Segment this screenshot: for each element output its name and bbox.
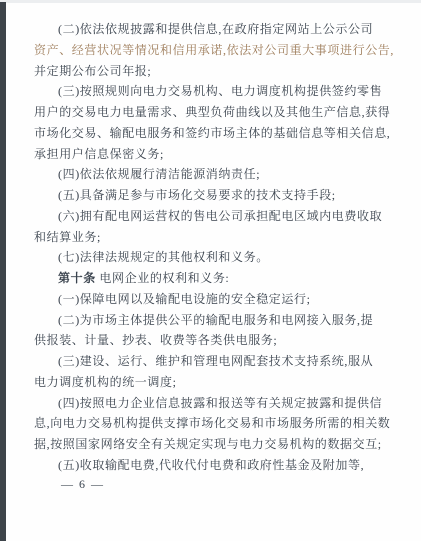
text-line: (七)法律法规规定的其他权利和义务。 (34, 247, 394, 268)
article-heading-line: 第十条 电网企业的权利和义务: (34, 268, 394, 289)
scan-top-strip (0, 0, 421, 3)
text-line: (四)依法依规履行清洁能源消纳责任; (34, 164, 394, 185)
text-line: 和结算业务; (34, 227, 394, 248)
scan-left-edge (0, 2, 6, 541)
text-line: 供报装、计量、抄表、收费等各类供电服务; (34, 330, 394, 351)
text-line: 资产、经营状况等情况和信用承诺,依法对公司重大事项进行公告, (34, 40, 394, 61)
text-line: (三)按照规则向电力交易机构、电力调度机构提供签约零售 (34, 81, 394, 102)
text-line: 承担用户信息保密义务; (34, 144, 394, 165)
text-line: 并定期公布公司年报; (34, 61, 394, 82)
text-line: (五)具备满足参与市场化交易要求的技术支持手段; (34, 185, 394, 206)
text-line: 息,向电力交易机构提供支撑市场化交易和市场服务所需的相关数 (34, 413, 394, 434)
text-line: (四)按照电力企业信息披露和报送等有关规定披露和提供信 (34, 393, 394, 414)
article-number: 第十条 (58, 271, 96, 285)
text-line: (一)保障电网以及输配电设施的安全稳定运行; (34, 289, 394, 310)
article-title: 电网企业的权利和义务: (96, 271, 230, 285)
text-line: 市场化交易、输配电服务和签约市场主体的基础信息等相关信息, (34, 123, 394, 144)
document-body: (二)依法依规披露和提供信息,在政府指定网站上公示公司 资产、经营状况等情况和信… (34, 19, 394, 476)
text-line: 电力调度机构的统一调度; (34, 372, 394, 393)
text-line: (二)依法依规披露和提供信息,在政府指定网站上公示公司 (34, 19, 394, 40)
scanned-document-page: (二)依法依规披露和提供信息,在政府指定网站上公示公司 资产、经营状况等情况和信… (0, 0, 421, 541)
text-line: (六)拥有配电网运营权的售电公司承担配电区域内电费收取 (34, 206, 394, 227)
page-number: — 6 — (61, 477, 105, 492)
text-line: (三)建设、运行、维护和管理电网配套技术支持系统,服从 (34, 351, 394, 372)
text-line: (二)为市场主体提供公平的输配电服务和电网接入服务,提 (34, 310, 394, 331)
text-line: (五)收取输配电费,代收代付电费和政府性基金及附加等, (34, 455, 394, 476)
text-line: 据,按照国家网络安全有关规定实现与电力交易机构的数据交互; (34, 434, 394, 455)
text-line: 用户的交易电力电量需求、典型负荷曲线以及其他生产信息,获得 (34, 102, 394, 123)
